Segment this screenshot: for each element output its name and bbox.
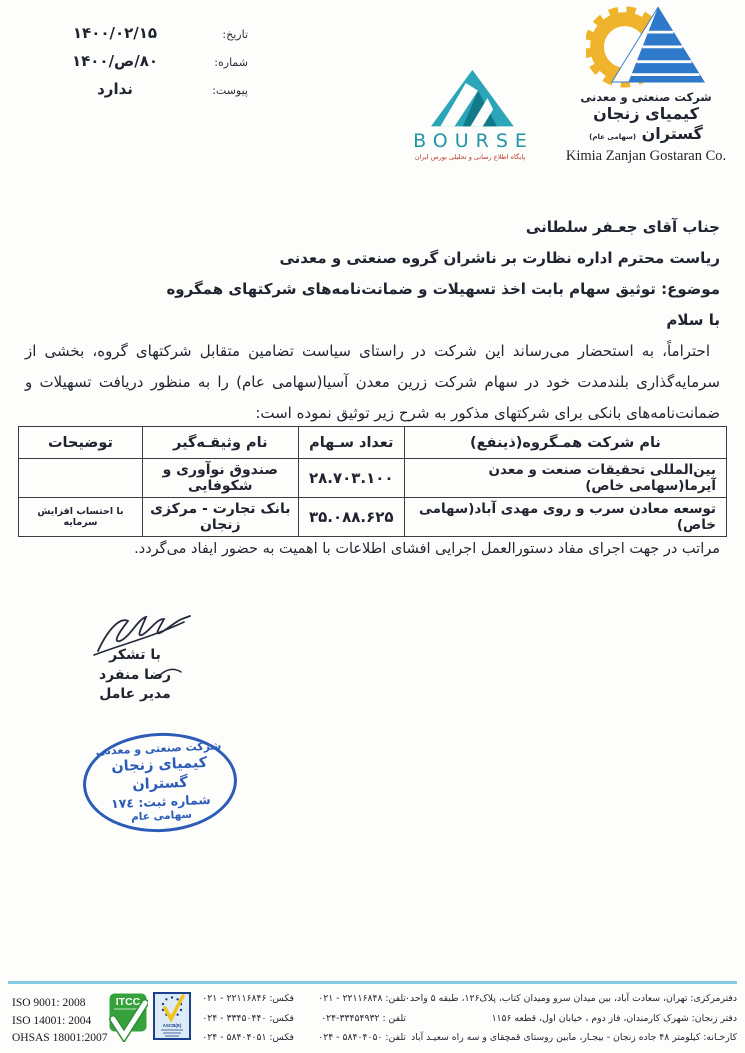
phone-number: ۰۲۱ - ۲۲۱۱۶۸۴۸: [318, 993, 382, 1004]
notes-cell: با احتساب افزایش سرمایه: [19, 498, 143, 537]
subject-line: موضوع: توثیق سهام بابت اخذ تسهیلات و ضما…: [25, 274, 720, 305]
collateral-holder-cell: صندوق نوآوری و شکوفایی: [142, 459, 298, 498]
share-count-cell: ۲۸.۷۰۳.۱۰۰: [298, 459, 404, 498]
ascb-label: ASCB(E): [163, 1023, 182, 1028]
footer-zanjan-office-row: دفتر زنجان: شهرک کارمندان، فاز دوم ، خیا…: [200, 1009, 737, 1029]
letter-document: تاریخ: ۱۴۰۰/۰۲/۱۵ شماره: ۸۰/ص/۱۴۰۰ پیوست…: [0, 0, 745, 1053]
meta-attachment-row: پیوست: ندارد: [30, 80, 248, 98]
header-share-count: تعداد سـهام: [298, 427, 404, 459]
notes-cell: [19, 459, 143, 498]
date-label: تاریخ:: [200, 28, 248, 41]
bourse-logo: BOURSE پایگاه اطلاع رسانی و تحلیلی بورس …: [397, 68, 543, 161]
recipient-name: جناب آقای جعـفر سلطانی: [25, 212, 720, 243]
zanjan-office-address: دفتر زنجان: شهرک کارمندان، فاز دوم ، خیا…: [406, 1009, 737, 1029]
gear-pyramid-icon: [586, 4, 706, 88]
closing-line: مراتب در جهت اجرای مفاد دستورالعمل اجرای…: [134, 541, 720, 557]
attachment-label: پیوست:: [200, 84, 248, 97]
letter-meta-block: تاریخ: ۱۴۰۰/۰۲/۱۵ شماره: ۸۰/ص/۱۴۰۰ پیوست…: [30, 24, 248, 108]
signature-thanks: با تشکر: [86, 646, 184, 666]
iso-14001: ISO 14001: 2004: [12, 1013, 108, 1031]
company-logo: شرکت صنعتی و معدنی کیمیای زنجان گستران (…: [561, 4, 731, 165]
company-stamp: شرکت صنعتی و معدنی کیمیای زنجان گستران ش…: [81, 730, 239, 836]
bourse-wordmark: BOURSE: [397, 130, 543, 152]
head-office-phone: تلفن: ۰۲۱ - ۲۲۱۱۶۸۴۸: [294, 989, 406, 1009]
company-type-suffix: (سهامی عام): [589, 133, 636, 141]
zanjan-office-phone: تلفن : ۰۲۴-۳۳۴۵۴۹۳۲: [294, 1009, 406, 1029]
company-name-en: Kimia Zanjan Gostaran Co.: [561, 148, 731, 165]
salutation: با سلام: [25, 305, 720, 336]
itcc-label: ITCC: [116, 996, 141, 1008]
fax-number: ۰۲۱ - ۲۲۱۱۶۸۴۶: [202, 993, 266, 1004]
factory-fax: فکس: ۰۲۴ - ۵۸۴۰۴۰۵۱: [200, 1028, 294, 1048]
company-name-fa-line1: شرکت صنعتی و معدنی: [561, 90, 731, 104]
iso-certifications: ISO 9001: 2008 ISO 14001: 2004 OHSAS 180…: [12, 995, 108, 1048]
meta-date-row: تاریخ: ۱۴۰۰/۰۲/۱۵: [30, 24, 248, 42]
stamp-line4: سهامی عام: [131, 808, 192, 824]
head-office-address: دفترمرکزی: تهران، سعادت آباد، بین میدان …: [406, 989, 737, 1009]
number-label: شماره:: [200, 56, 248, 69]
table-row: توسعه معادن سرب و روی مهدی آباد(سهامی خا…: [19, 498, 727, 537]
letter-body-paragraph: احتراماً، به استحضار می‌رساند این شرکت د…: [25, 336, 720, 429]
recipient-title: ریاست محترم اداره نظارت بر ناشران گروه ص…: [25, 243, 720, 274]
phone-label: تلفن:: [385, 993, 406, 1004]
footer-divider-line: [8, 981, 737, 984]
signature-block: با تشکر رضا منفرد مدیر عامل: [86, 646, 184, 705]
header-collateral-holder: نام وثیقـه‌گیر: [142, 427, 298, 459]
phone-number: ۰۲۴ - ۵۸۴۰۴۰۵۰: [318, 1032, 382, 1043]
company-name-cell: بین‌المللی تحقیقات صنعت و معدن آیرما(سها…: [404, 459, 726, 498]
table-row: بین‌المللی تحقیقات صنعت و معدن آیرما(سها…: [19, 459, 727, 498]
stamp-line2: کیمیای زنجان گستران: [85, 753, 235, 797]
phone-label: تلفن :: [382, 1013, 406, 1024]
itcc-certification-icon: ITCC: [108, 992, 148, 1042]
fax-label: فکس:: [269, 993, 294, 1004]
date-value: ۱۴۰۰/۰۲/۱۵: [30, 24, 200, 42]
meta-number-row: شماره: ۸۰/ص/۱۴۰۰: [30, 52, 248, 70]
head-office-fax: فکس: ۰۲۱ - ۲۲۱۱۶۸۴۶: [200, 989, 294, 1009]
fax-number: ۰۲۴ - ۵۸۴۰۴۰۵۱: [202, 1032, 266, 1043]
bourse-tagline: پایگاه اطلاع رسانی و تحلیلی بورس ایران: [397, 153, 543, 161]
pledged-shares-table: نام شرکت همـگروه(ذینفع) تعداد سـهام نام …: [18, 426, 727, 537]
signatory-name: رضا منفرد: [86, 666, 184, 686]
footer-factory-row: کارخـانه: کیلومتر ۴۸ جاده زنجان - بیجـار…: [200, 1028, 737, 1048]
factory-phone: تلفن: ۰۲۴ - ۵۸۴۰۴۰۵۰: [294, 1028, 406, 1048]
collateral-holder-cell: بانک تجارت - مرکزی زنجان: [142, 498, 298, 537]
fax-label: فکس:: [269, 1013, 294, 1024]
footer-head-office-row: دفترمرکزی: تهران، سعادت آباد، بین میدان …: [200, 989, 737, 1009]
phone-number: ۰۲۴-۳۳۴۵۴۹۳۲: [321, 1013, 379, 1024]
ascb-certification-icon: ASCB(E): [152, 992, 192, 1042]
factory-address: کارخـانه: کیلومتر ۴۸ جاده زنجان - بیجـار…: [406, 1028, 737, 1048]
fax-label: فکس:: [269, 1032, 294, 1043]
fax-number: ۰۲۴ - ۳۳۴۵۰۴۴۰: [202, 1013, 266, 1024]
signatory-title: مدیر عامل: [86, 685, 184, 705]
company-name-cell: توسعه معادن سرب و روی مهدی آباد(سهامی خا…: [404, 498, 726, 537]
attachment-value: ندارد: [30, 80, 200, 98]
bourse-24-triangle-icon: [423, 68, 518, 132]
header-notes: توضیحات: [19, 427, 143, 459]
company-name-fa-line2: کیمیای زنجان گستران (سهامی عام): [561, 104, 731, 147]
iso-9001: ISO 9001: 2008: [12, 995, 108, 1013]
phone-label: تلفن:: [385, 1032, 406, 1043]
ohsas-18001: OHSAS 18001:2007: [12, 1030, 108, 1048]
letter-text-block: جناب آقای جعـفر سلطانی ریاست محترم اداره…: [25, 212, 720, 429]
number-value: ۸۰/ص/۱۴۰۰: [30, 52, 200, 70]
share-count-cell: ۳۵.۰۸۸.۶۲۵: [298, 498, 404, 537]
table-header-row: نام شرکت همـگروه(ذینفع) تعداد سـهام نام …: [19, 427, 727, 459]
footer-contact-block: دفترمرکزی: تهران، سعادت آباد، بین میدان …: [200, 989, 737, 1048]
zanjan-office-fax: فکس: ۰۲۴ - ۳۳۴۵۰۴۴۰: [200, 1009, 294, 1029]
header-company-name: نام شرکت همـگروه(ذینفع): [404, 427, 726, 459]
